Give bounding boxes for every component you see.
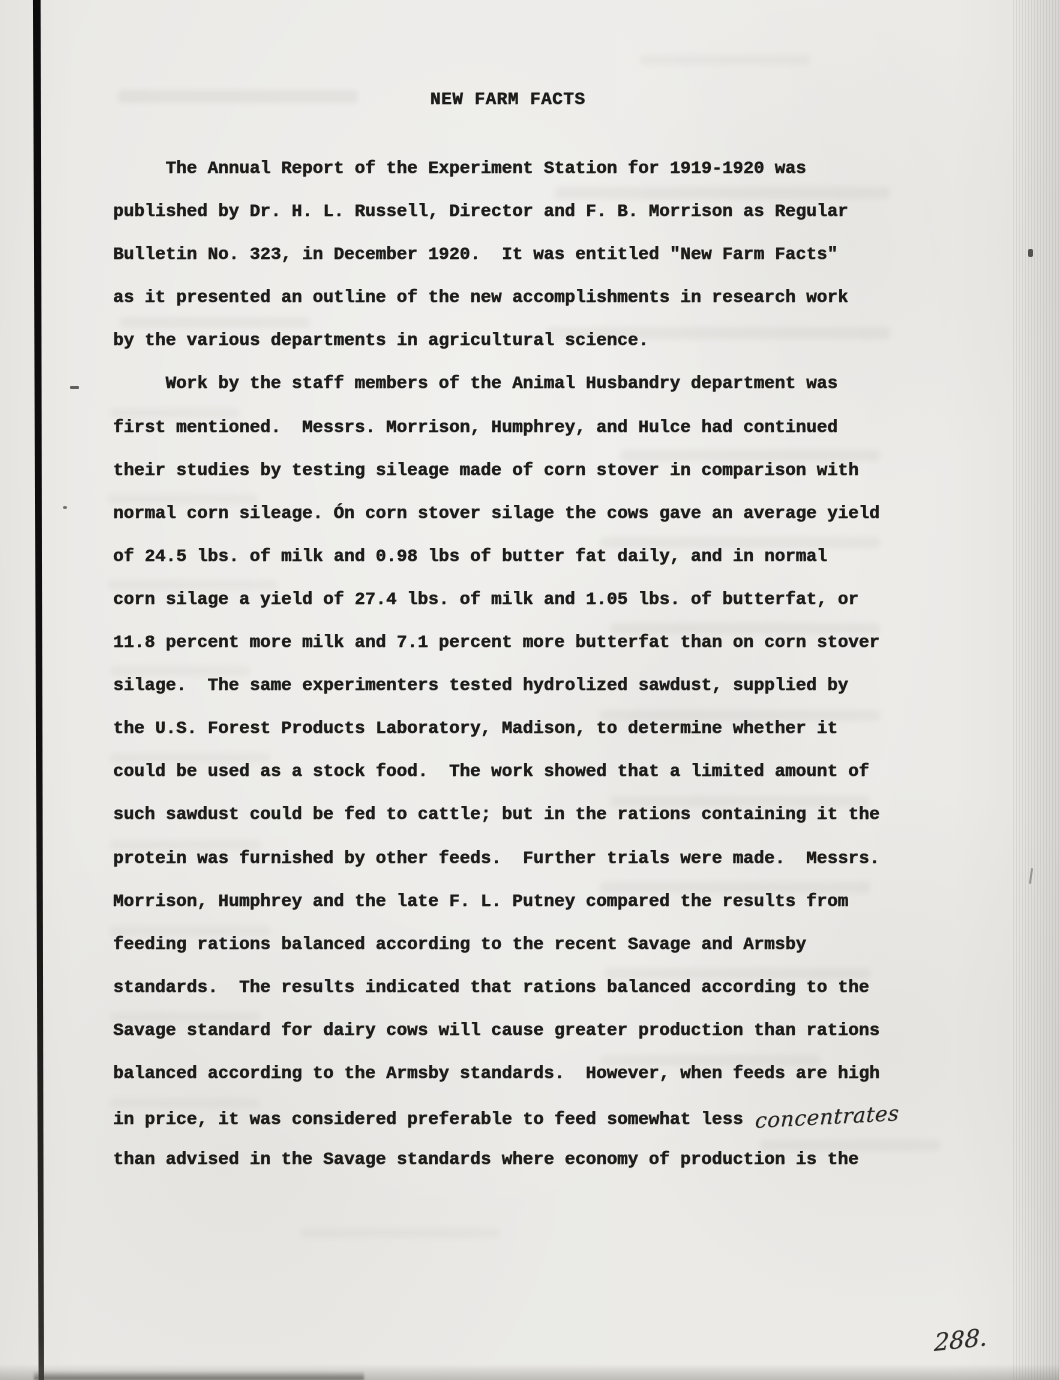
typed-text: their studies by testing sileage made of… <box>113 461 859 481</box>
text-line: by the various departments in agricultur… <box>113 320 943 363</box>
text-line: in price, it was considered preferable t… <box>113 1096 943 1139</box>
typed-text: first mentioned. Messrs. Morrison, Humph… <box>113 418 838 438</box>
text-line: corn silage a yield of 27.4 lbs. of milk… <box>113 579 943 622</box>
typed-text: in price, it was considered preferable t… <box>113 1110 743 1130</box>
typed-text: protein was furnished by other feeds. Fu… <box>113 849 880 869</box>
scan-streak-artifact <box>1013 0 1059 1380</box>
text-line: Morrison, Humphrey and the late F. L. Pu… <box>113 881 943 924</box>
text-line: normal corn sileage. Ón corn stover sila… <box>113 493 943 536</box>
typed-text: The Annual Report of the Experiment Stat… <box>113 159 806 179</box>
text-line: protein was furnished by other feeds. Fu… <box>113 838 943 881</box>
typed-text: normal corn sileage. Ón corn stover sila… <box>113 504 880 524</box>
typed-text: the U.S. Forest Products Laboratory, Mad… <box>113 719 838 739</box>
text-line: balanced according to the Armsby standar… <box>113 1053 943 1096</box>
typed-text: standards. The results indicated that ra… <box>113 978 869 998</box>
typed-text: could be used as a stock food. The work … <box>113 762 869 782</box>
typed-text: Savage standard for dairy cows will caus… <box>113 1021 880 1041</box>
bleed-through-artifact <box>118 90 358 103</box>
text-line: Work by the staff members of the Animal … <box>113 363 943 406</box>
typed-text: by the various departments in agricultur… <box>113 331 649 351</box>
text-line: Bulletin No. 323, in December 1920. It w… <box>113 234 943 277</box>
text-line: of 24.5 lbs. of milk and 0.98 lbs of but… <box>113 536 943 579</box>
scanned-document-page: NEW FARM FACTS The Annual Report of the … <box>0 0 1059 1380</box>
scan-bottom-edge-dark <box>34 1371 364 1380</box>
typed-text: than advised in the Savage standards whe… <box>113 1150 859 1170</box>
text-line: the U.S. Forest Products Laboratory, Mad… <box>113 708 943 751</box>
typed-text: 11.8 percent more milk and 7.1 percent m… <box>113 633 880 653</box>
margin-dot-mark <box>63 506 67 509</box>
typed-text: of 24.5 lbs. of milk and 0.98 lbs of but… <box>113 547 827 567</box>
bleed-through-artifact <box>300 1228 500 1238</box>
text-line: first mentioned. Messrs. Morrison, Humph… <box>113 407 943 450</box>
typed-text: balanced according to the Armsby standar… <box>113 1064 880 1084</box>
typed-text: silage. The same experimenters tested hy… <box>113 676 848 696</box>
text-line: feeding rations balanced according to th… <box>113 924 943 967</box>
typed-text: feeding rations balanced according to th… <box>113 935 806 955</box>
typed-text: Work by the staff members of the Animal … <box>113 374 838 394</box>
typed-text: published by Dr. H. L. Russell, Director… <box>113 202 848 222</box>
text-line: standards. The results indicated that ra… <box>113 967 943 1010</box>
text-line: could be used as a stock food. The work … <box>113 751 943 794</box>
binding-edge-bar <box>32 0 44 1380</box>
text-line: than advised in the Savage standards whe… <box>113 1139 943 1182</box>
text-line: The Annual Report of the Experiment Stat… <box>113 148 943 191</box>
typed-text: such sawdust could be fed to cattle; but… <box>113 805 880 825</box>
text-line: silage. The same experimenters tested hy… <box>113 665 943 708</box>
handwritten-page-number: 288. <box>934 1323 988 1357</box>
text-line: their studies by testing sileage made of… <box>113 450 943 493</box>
typed-text: as it presented an outline of the new ac… <box>113 288 848 308</box>
typed-text: corn silage a yield of 27.4 lbs. of milk… <box>113 590 859 610</box>
typed-text: Morrison, Humphrey and the late F. L. Pu… <box>113 892 848 912</box>
margin-dash-mark <box>70 386 79 389</box>
text-line: 11.8 percent more milk and 7.1 percent m… <box>113 622 943 665</box>
text-line: Savage standard for dairy cows will caus… <box>113 1010 943 1053</box>
text-line: such sawdust could be fed to cattle; but… <box>113 794 943 837</box>
document-body: The Annual Report of the Experiment Stat… <box>113 148 943 1182</box>
typed-text: Bulletin No. 323, in December 1920. It w… <box>113 245 838 265</box>
handwritten-word: concentrates <box>754 1092 900 1143</box>
text-line: as it presented an outline of the new ac… <box>113 277 943 320</box>
document-title: NEW FARM FACTS <box>430 90 585 110</box>
bleed-through-artifact <box>640 55 810 65</box>
text-line: published by Dr. H. L. Russell, Director… <box>113 191 943 234</box>
